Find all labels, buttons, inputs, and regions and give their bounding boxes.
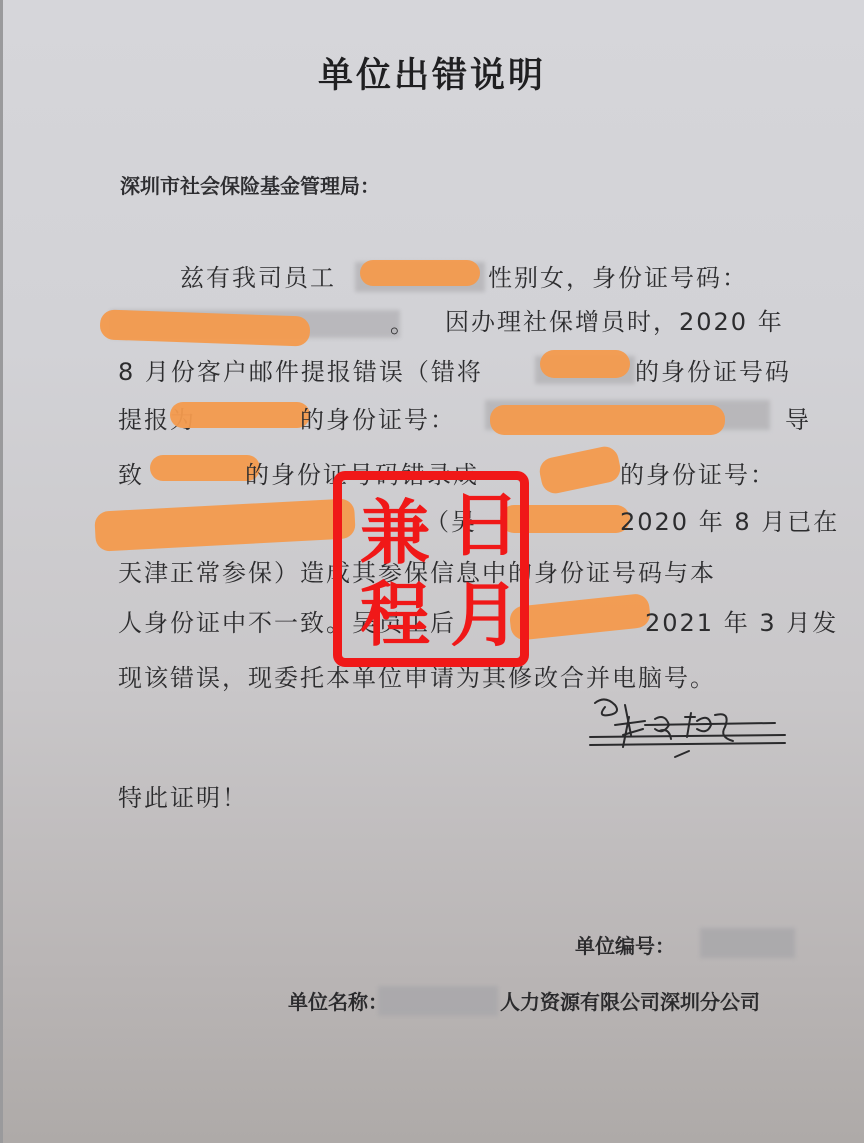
redaction-id-number: [100, 309, 311, 346]
document-title: 单位出错说明: [0, 48, 864, 98]
handwritten-signature: [585, 695, 795, 775]
redaction-name-2: [540, 350, 630, 378]
body-line-2-part-1: 。: [390, 304, 416, 339]
body-line-1-part-1: 兹有我司员工: [180, 258, 336, 293]
body-line-8-part-2: 2021 年 3 月发: [645, 603, 838, 638]
unit-name-suffix: 人力资源有限公司深圳分公司: [500, 986, 760, 1015]
paper-edge: [0, 0, 3, 1143]
closing-text: 特此证明！: [118, 778, 248, 813]
unit-name-label: 单位名称：: [288, 986, 388, 1015]
addressee: 深圳市社会保险基金管理局：: [120, 170, 380, 199]
redaction-name-4: [150, 455, 260, 481]
unit-code-label: 单位编号：: [575, 930, 675, 959]
body-line-4-part-3: 导: [785, 400, 811, 435]
stamp-char-2: 日: [450, 490, 520, 560]
body-line-1-part-2: 性别女，身份证号码：: [488, 258, 748, 293]
redaction-name-5: [537, 444, 623, 496]
body-line-5-part-3: 的身份证号：: [620, 455, 776, 490]
body-line-4-part-2: 的身份证号：: [300, 400, 456, 435]
body-line-3-part-1: 8 月份客户邮件提报错误（错将: [118, 352, 483, 387]
red-stamp: 兼 日 程 月: [333, 471, 529, 667]
stamp-char-4: 月: [450, 580, 520, 650]
body-line-3-part-2: 的身份证号码: [635, 352, 791, 387]
redaction-name-7: [509, 593, 652, 641]
body-line-5-part-1: 致: [118, 455, 144, 490]
body-line-2-part-2: 因办理社保增员时，2020 年: [445, 302, 784, 337]
redaction-id-number-2: [490, 405, 725, 435]
stamp-char-1: 兼: [360, 498, 430, 568]
stamp-char-3: 程: [360, 580, 430, 650]
redaction-employee-name: [360, 260, 480, 286]
blurred-unit-code: [700, 928, 795, 958]
blurred-unit-name: [378, 986, 498, 1016]
unit-name-prefix: 单位名称：: [288, 990, 388, 1014]
body-line-6-part-2: 2020 年 8 月已在: [620, 502, 839, 537]
redaction-name-3: [170, 402, 310, 428]
redaction-id-number-3: [94, 498, 356, 552]
